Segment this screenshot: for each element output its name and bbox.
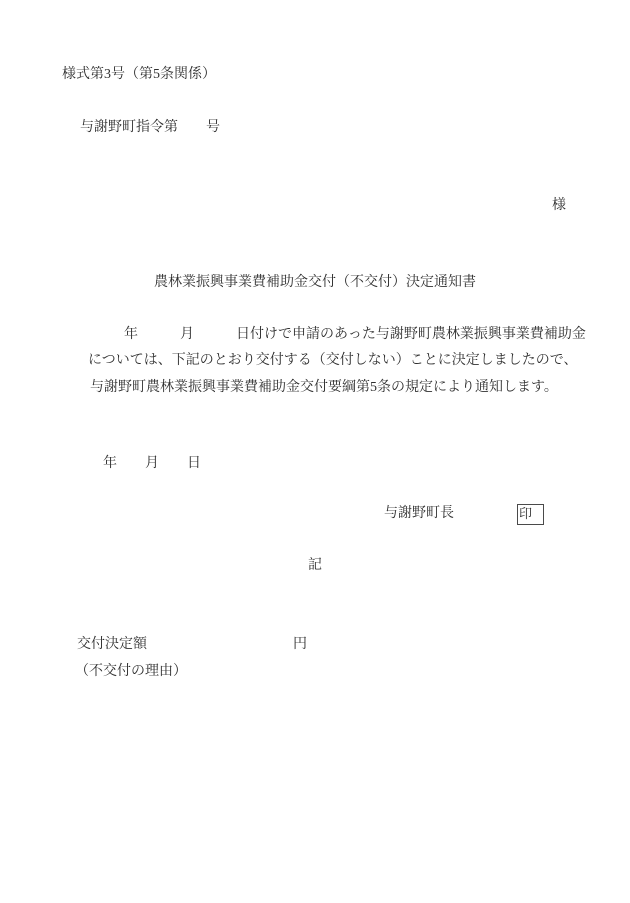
addressee-honorific: 様: [552, 198, 566, 214]
body-paragraph-line-2: については、下記のとおり交付する（交付しない）ことに決定しましたので、: [88, 353, 577, 369]
document-title: 農林業振興事業費補助金交付（不交付）決定通知書: [0, 275, 630, 291]
issue-date-line: 年 月 日: [103, 456, 201, 472]
notice-document-page: 様式第3号（第5条関係） 与謝野町指令第 号 様 農林業振興事業費補助金交付（不…: [0, 0, 630, 903]
non-grant-reason-label: （不交付の理由）: [75, 664, 187, 680]
signer-title: 与謝野町長: [384, 506, 454, 522]
form-number: 様式第3号（第5条関係）: [62, 67, 216, 83]
seal-character: 印: [519, 506, 532, 521]
record-marker: 記: [0, 558, 630, 574]
seal-placeholder-box: 印: [517, 504, 544, 525]
body-paragraph-line-3: 与謝野町農林業振興事業費補助金交付要綱第5条の規定により通知します。: [90, 380, 558, 396]
grant-amount-unit: 円: [293, 637, 307, 653]
grant-amount-label: 交付決定額: [77, 637, 147, 653]
directive-number-line: 与謝野町指令第 号: [80, 120, 220, 136]
body-paragraph-line-1: 年 月 日付けで申請のあった与謝野町農林業振興事業費補助金: [124, 327, 586, 343]
